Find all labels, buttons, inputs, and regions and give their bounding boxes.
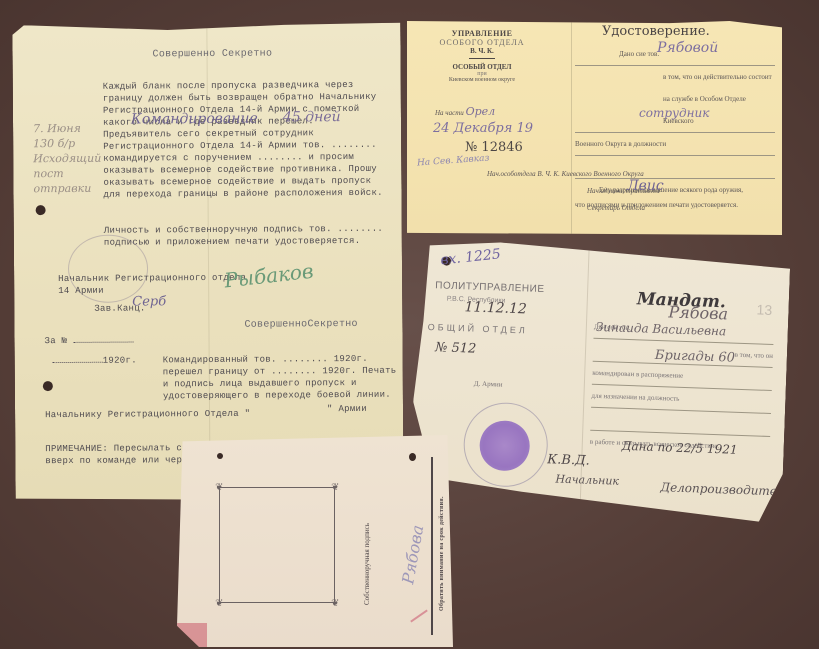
document-body: Дан сей тов. в том, что он командирован … [589,316,774,459]
corner-ornament-icon: ❦ [212,480,226,494]
handwritten-surname: Рябова [668,302,728,323]
handwritten-assignment: Командирование [131,111,258,128]
corner-ornament-icon: ❦ [212,596,226,610]
validity-note: Обратить внимание на срок действия. [439,496,445,611]
army-label: " Армии [327,403,367,415]
document-number: № 12846 [465,140,523,155]
handwritten-signature: Рябова [398,523,427,585]
document-title: Удостоверение. [602,24,710,39]
header-line: ОСОБОГО ОТДЕЛА [407,38,557,47]
blank-line [53,362,103,363]
header-line: УПРАВЛЕНИЕ [407,29,557,38]
vertical-rule [431,457,433,635]
header-divider [469,58,495,59]
army-label: Д. Армии [474,380,503,389]
margin-notes: 7. Июня 130 б/р Исходящий пост отправки [33,121,100,196]
identity-card: ❦ ❦ ❦ ❦ Собственноручная подпись Рябова … [177,435,453,647]
part-field: На части Орел [435,105,495,118]
secondary-title: СовершенноСекретно [244,319,358,332]
number-field: За № [44,335,133,348]
deputy-signature: Серб [132,294,166,309]
corner-ornament-icon: ❦ [328,480,342,494]
date-label: 1920г. [103,355,137,365]
udostoverenie-document: УПРАВЛЕНИЕ ОСОБОГО ОТДЕЛА В. Ч. К. ОСОБЫ… [407,21,782,235]
header-line: Киевском военном округе [407,77,557,83]
header-line: ОСОБЫЙ ОТДЕЛ [407,63,557,71]
signature-label: Собственноручная подпись [363,523,371,605]
issuer-header: УПРАВЛЕНИЕ ОСОБОГО ОТДЕЛА В. Ч. К. ОСОБЫ… [407,29,557,83]
secret-document: Совершенно Секретно Каждый бланк после п… [12,23,403,504]
signature-label: Делопроизводитель [660,480,791,499]
photo-frame: ❦ ❦ ❦ ❦ [219,487,335,603]
body-line: Военного Округа в должности [575,133,775,156]
margin-note: пост отправки [33,166,99,196]
margin-note: Исходящий [33,151,99,166]
green-signature: Рыбаков [223,259,315,293]
document-number: № 512 [435,340,477,356]
handwritten-unit: Бригады 60 [655,348,736,366]
stamp-text: К.В.Д. [547,452,590,468]
header-line: В. Ч. К. [407,47,557,55]
blank-line [73,342,133,343]
pink-pencil-mark [410,609,428,622]
punch-hole [36,205,46,215]
handwritten-days: 45 дней [283,109,341,125]
handwritten-signature: Лвис [627,178,664,194]
punch-hole [409,453,416,461]
department-label: ОБЩИЙ ОТДЕЛ [428,322,528,335]
paragraph-crossing: Командированный тов. ........ 1920г. пер… [163,353,399,403]
handwritten-position: сотрудник [639,106,709,120]
issuer-name: ПОЛИТУПРАВЛЕНИЕ [435,280,545,295]
registration-mark: вх. 1225 [440,246,502,268]
handwritten-name: Рябовой [657,40,718,56]
body-line: в том, что он действительно состоит на с… [575,66,775,133]
part-label: На части [435,109,464,117]
paragraph-certification: Личность и собственноручную подпись тов.… [104,223,394,249]
margin-note: 130 б/р [33,136,99,151]
paragraph-bearer: Предъявитель сего секретный сотрудник Ре… [103,127,393,201]
date-field: 1920г. [53,354,137,367]
pencil-number: 13 [756,301,772,318]
corner-ornament-icon: ❦ [328,596,342,610]
handwritten-date: 24 Декабря 19 [433,121,533,136]
mandat-document: вх. 1225 ПОЛИТУПРАВЛЕНИЕ Р.В.С. Республи… [409,240,790,523]
punch-hole [217,453,223,459]
part-value: Орел [466,105,496,118]
document-title: Совершенно Секретно [153,49,273,62]
signature-label: Начальник [555,473,619,488]
pencil-note: На Сев. Кавказ [417,153,490,168]
stamp-number: 11.12.12 [464,299,527,317]
number-label: За № [45,336,68,346]
margin-note: 7. Июня [33,121,99,136]
punch-hole [43,381,53,391]
signature-label: Секретарь Отдела [487,200,660,217]
